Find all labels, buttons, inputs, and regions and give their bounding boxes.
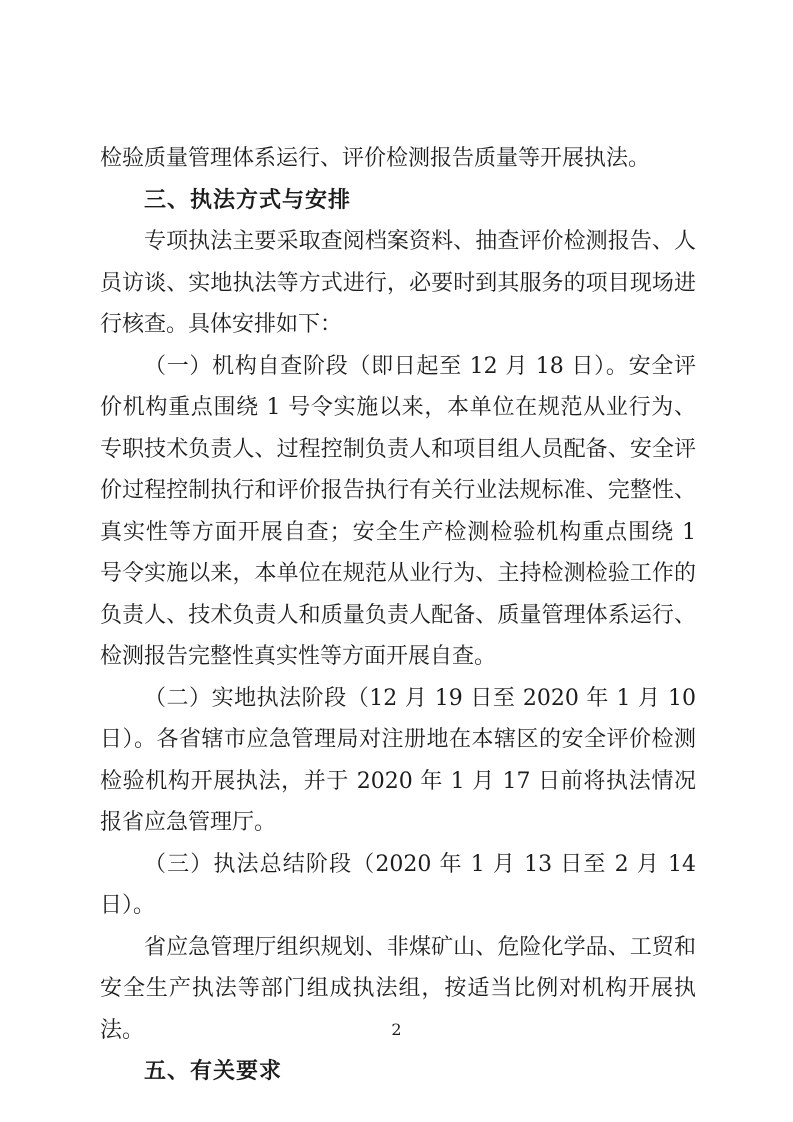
section-heading-enforcement-method: 三、执法方式与安排 bbox=[100, 180, 696, 222]
paragraph-stage-one-self-inspection: （一）机构自查阶段（即日起至 12 月 18 日）。安全评价机构重点围绕 1 号… bbox=[100, 346, 696, 678]
document-page: 检验质量管理体系运行、评价检测报告质量等开展执法。 三、执法方式与安排 专项执法… bbox=[0, 0, 793, 1122]
paragraph-stage-two-field-enforcement: （二）实地执法阶段（12 月 19 日至 2020 年 1 月 10 日）。各省… bbox=[100, 678, 696, 844]
document-body: 检验质量管理体系运行、评价检测报告质量等开展执法。 三、执法方式与安排 专项执法… bbox=[100, 138, 696, 1093]
page-footer: 2 bbox=[0, 1020, 793, 1039]
paragraph-continuation: 检验质量管理体系运行、评价检测报告质量等开展执法。 bbox=[100, 138, 696, 180]
page-number: 2 bbox=[391, 1020, 401, 1039]
paragraph-stage-three-summary: （三）执法总结阶段（2020 年 1 月 13 日至 2 月 14 日）。 bbox=[100, 844, 696, 927]
section-heading-requirements: 五、有关要求 bbox=[100, 1051, 696, 1093]
paragraph-enforcement-overview: 专项执法主要采取查阅档案资料、抽查评价检测报告、人员访谈、实地执法等方式进行，必… bbox=[100, 221, 696, 346]
